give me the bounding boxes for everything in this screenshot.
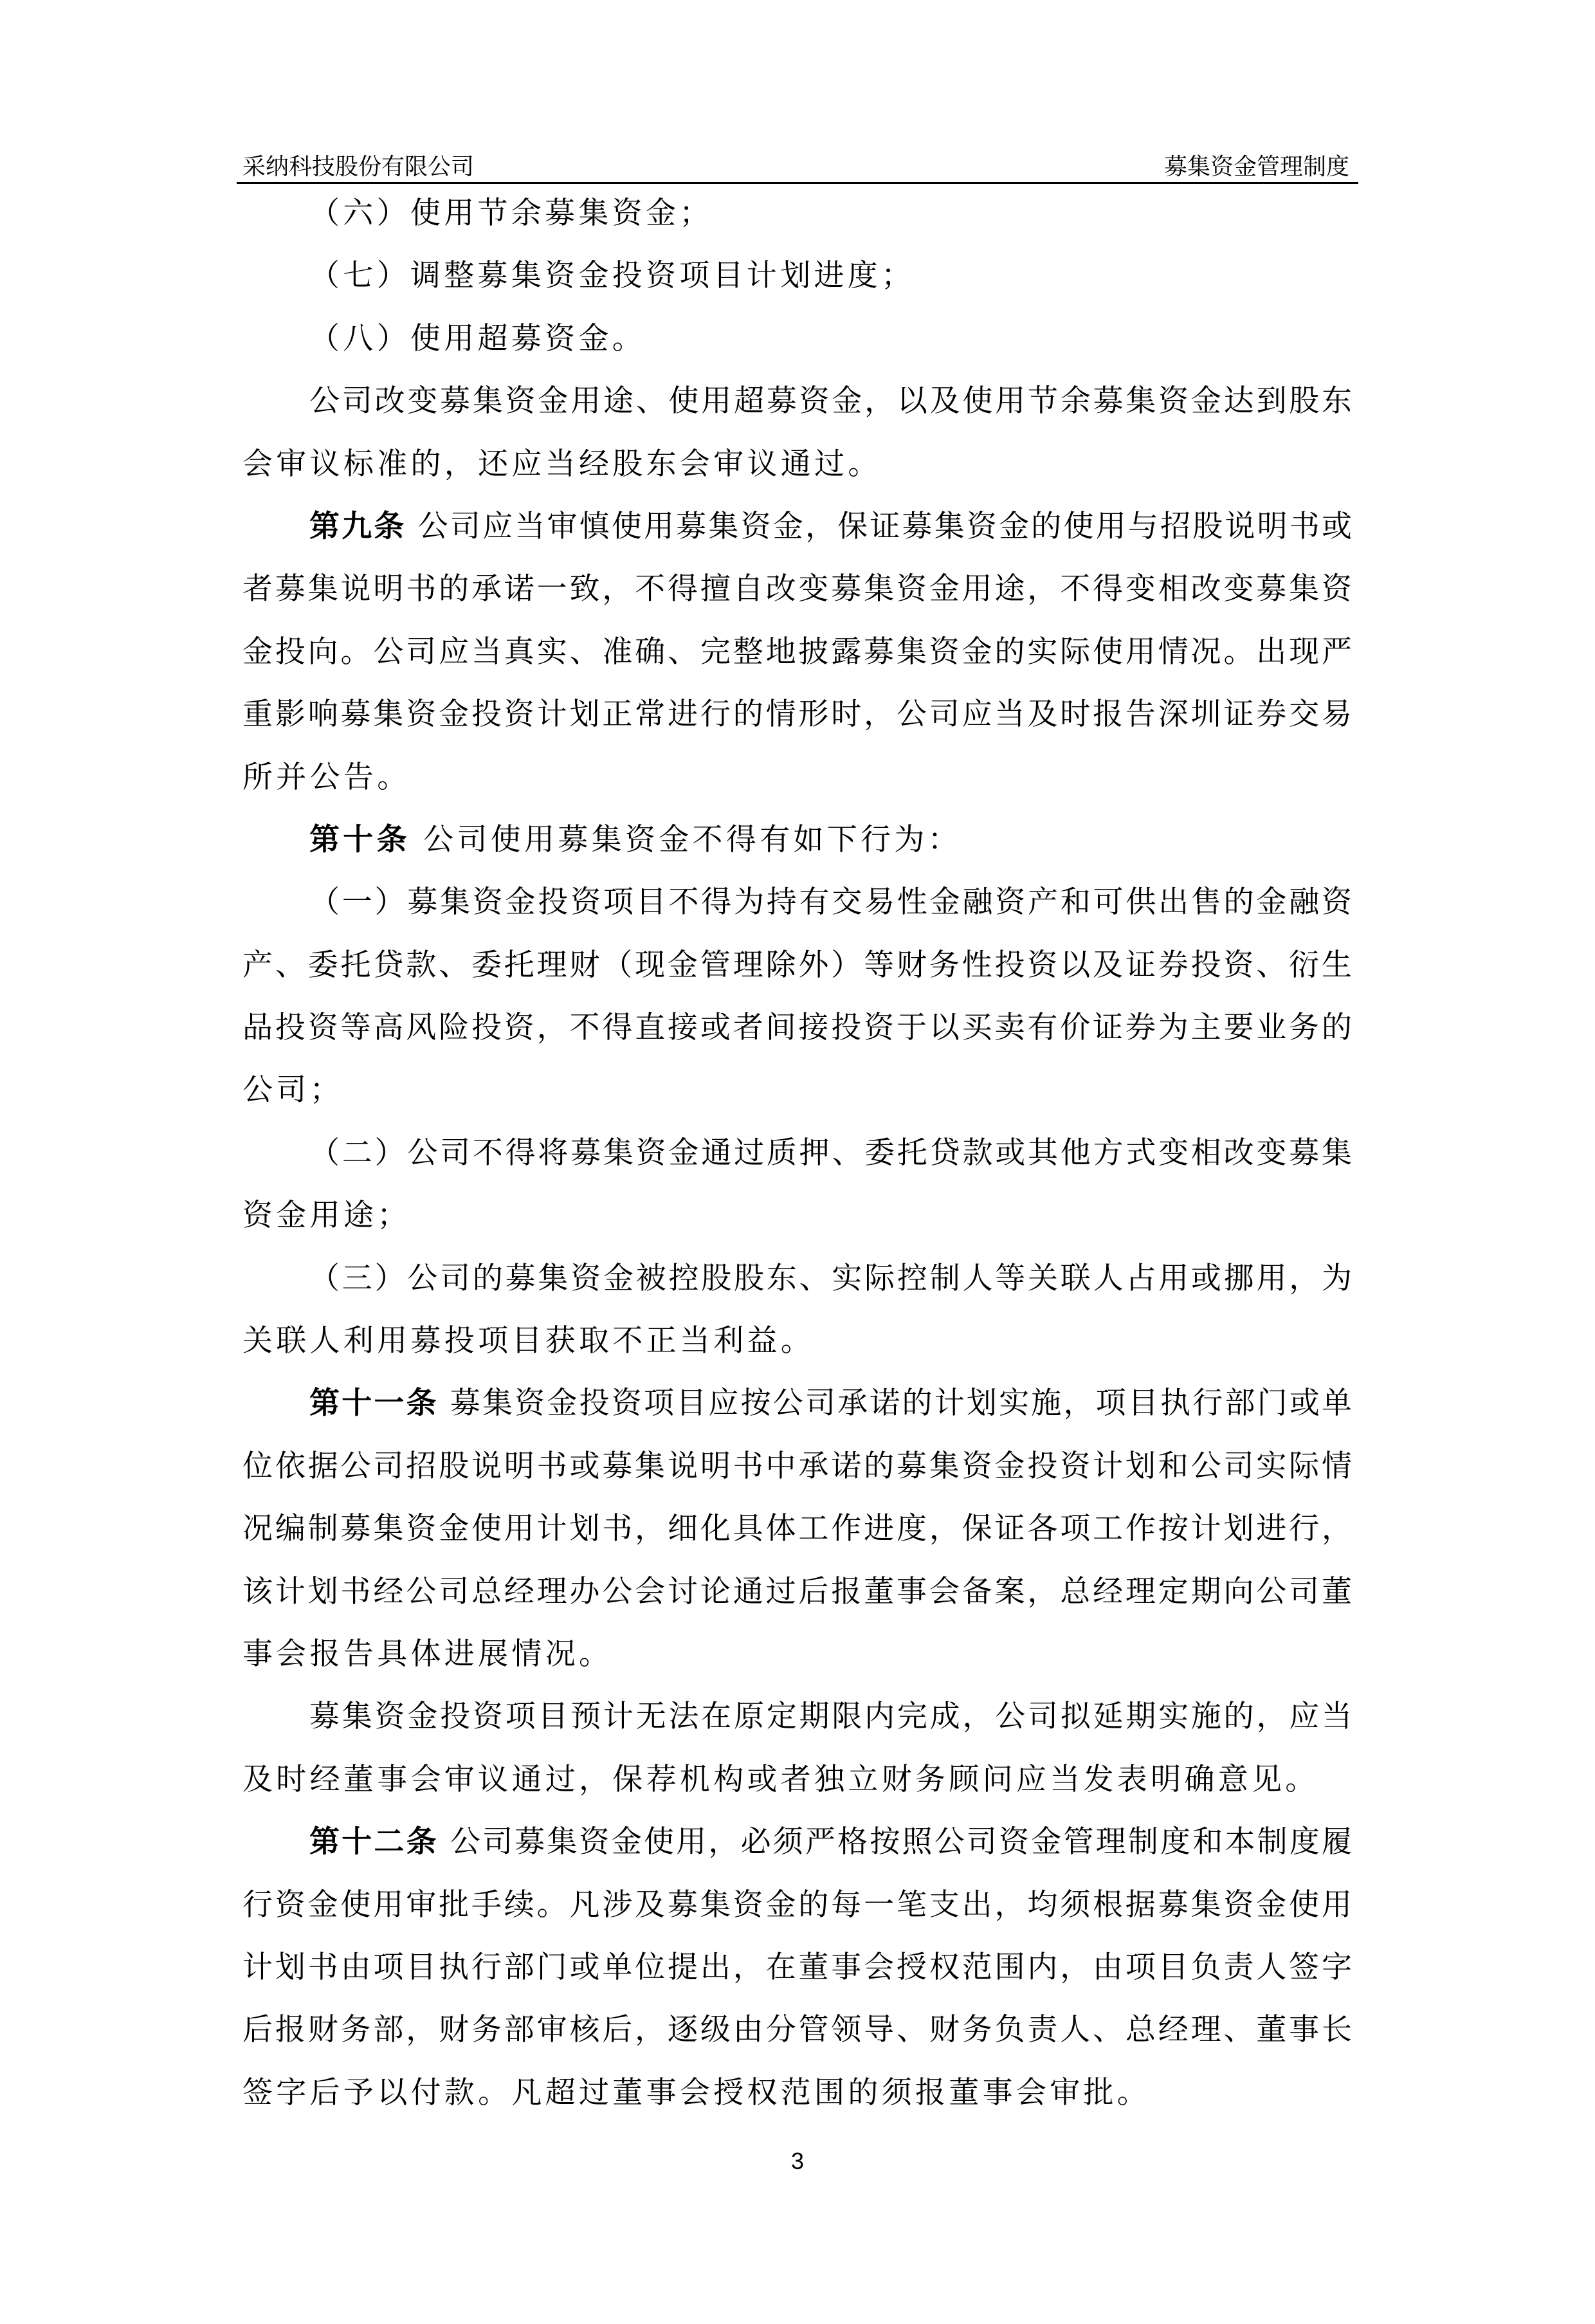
paragraph-line: 产、委托贷款、委托理财（现金管理除外）等财务性投资以及证券投资、衍生	[242, 934, 1352, 996]
page-number: 3	[0, 2146, 1595, 2177]
paragraph-line: 计划书由项目执行部门或单位提出，在董事会授权范围内，由项目负责人签字	[242, 1936, 1352, 1999]
article-12-heading-line: 第十二条 公司募集资金使用，必须严格按照公司资金管理制度和本制度履	[242, 1811, 1352, 1873]
list-item-6: （六）使用节余募集资金；	[242, 182, 1352, 244]
article-label: 第九条	[309, 509, 406, 544]
paragraph-line: 募集资金投资项目预计无法在原定期限内完成，公司拟延期实施的，应当	[242, 1685, 1352, 1748]
paragraph-line: 位依据公司招股说明书或募集说明书中承诺的募集资金投资计划和公司实际情	[242, 1435, 1352, 1497]
paragraph-line: 该计划书经公司总经理办公会讨论通过后报董事会备案，总经理定期向公司董	[242, 1560, 1352, 1623]
document-page: 采纳科技股份有限公司 募集资金管理制度 （六）使用节余募集资金； （七）调整募集…	[0, 0, 1595, 2324]
article-9-heading-line: 第九条 公司应当审慎使用募集资金，保证募集资金的使用与招股说明书或	[242, 495, 1352, 558]
paragraph-line: 后报财务部，财务部审核后，逐级由分管领导、财务负责人、总经理、董事长	[242, 1999, 1352, 2061]
article-11-heading-line: 第十一条 募集资金投资项目应按公司承诺的计划实施，项目执行部门或单	[242, 1372, 1352, 1434]
header-document-title: 募集资金管理制度	[1164, 153, 1349, 181]
header-company-name: 采纳科技股份有限公司	[242, 153, 474, 181]
paragraph-line: 会审议标准的，还应当经股东会审议通过。	[242, 433, 1352, 495]
paragraph-line: 金投向。公司应当真实、准确、完整地披露募集资金的实际使用情况。出现严	[242, 621, 1352, 683]
paragraph-line: 关联人利用募投项目获取不正当利益。	[242, 1310, 1352, 1372]
paragraph-line: 重影响募集资金投资计划正常进行的情形时，公司应当及时报告深圳证券交易	[242, 683, 1352, 746]
article-label: 第十一条	[309, 1386, 439, 1421]
paragraph-line: 公司；	[242, 1059, 1352, 1121]
paragraph-line: 品投资等高风险投资，不得直接或者间接投资于以买卖有价证券为主要业务的	[242, 996, 1352, 1059]
paragraph-line: 事会报告具体进展情况。	[242, 1623, 1352, 1685]
paragraph-line: 况编制募集资金使用计划书，细化具体工作进度，保证各项工作按计划进行，	[242, 1497, 1352, 1560]
paragraph-line: 签字后予以付款。凡超过董事会授权范围的须报董事会审批。	[242, 2062, 1352, 2124]
list-item-7: （七）调整募集资金投资项目计划进度；	[242, 244, 1352, 307]
article-label: 第十二条	[309, 1824, 439, 1860]
paragraph-line: 公司改变募集资金用途、使用超募资金，以及使用节余募集资金达到股东	[242, 370, 1352, 432]
paragraph-line: 行资金使用审批手续。凡涉及募集资金的每一笔支出，均须根据募集资金使用	[242, 1874, 1352, 1936]
list-item-1: （一）募集资金投资项目不得为持有交易性金融资产和可供出售的金融资	[242, 871, 1352, 933]
paragraph-line: 及时经董事会审议通过，保荐机构或者独立财务顾问应当发表明确意见。	[242, 1748, 1352, 1811]
list-item-3: （三）公司的募集资金被控股股东、实际控制人等关联人占用或挪用，为	[242, 1247, 1352, 1310]
paragraph-line: 所并公告。	[242, 746, 1352, 809]
article-label: 第十条	[309, 822, 410, 857]
list-item-8: （八）使用超募资金。	[242, 307, 1352, 370]
document-body: （六）使用节余募集资金； （七）调整募集资金投资项目计划进度； （八）使用超募资…	[242, 182, 1352, 2124]
article-10-heading-line: 第十条 公司使用募集资金不得有如下行为：	[242, 809, 1352, 871]
paragraph-line: 者募集说明书的承诺一致，不得擅自改变募集资金用途，不得变相改变募集资	[242, 558, 1352, 620]
list-item-2: （二）公司不得将募集资金通过质押、委托贷款或其他方式变相改变募集	[242, 1122, 1352, 1184]
paragraph-line: 资金用途；	[242, 1184, 1352, 1247]
